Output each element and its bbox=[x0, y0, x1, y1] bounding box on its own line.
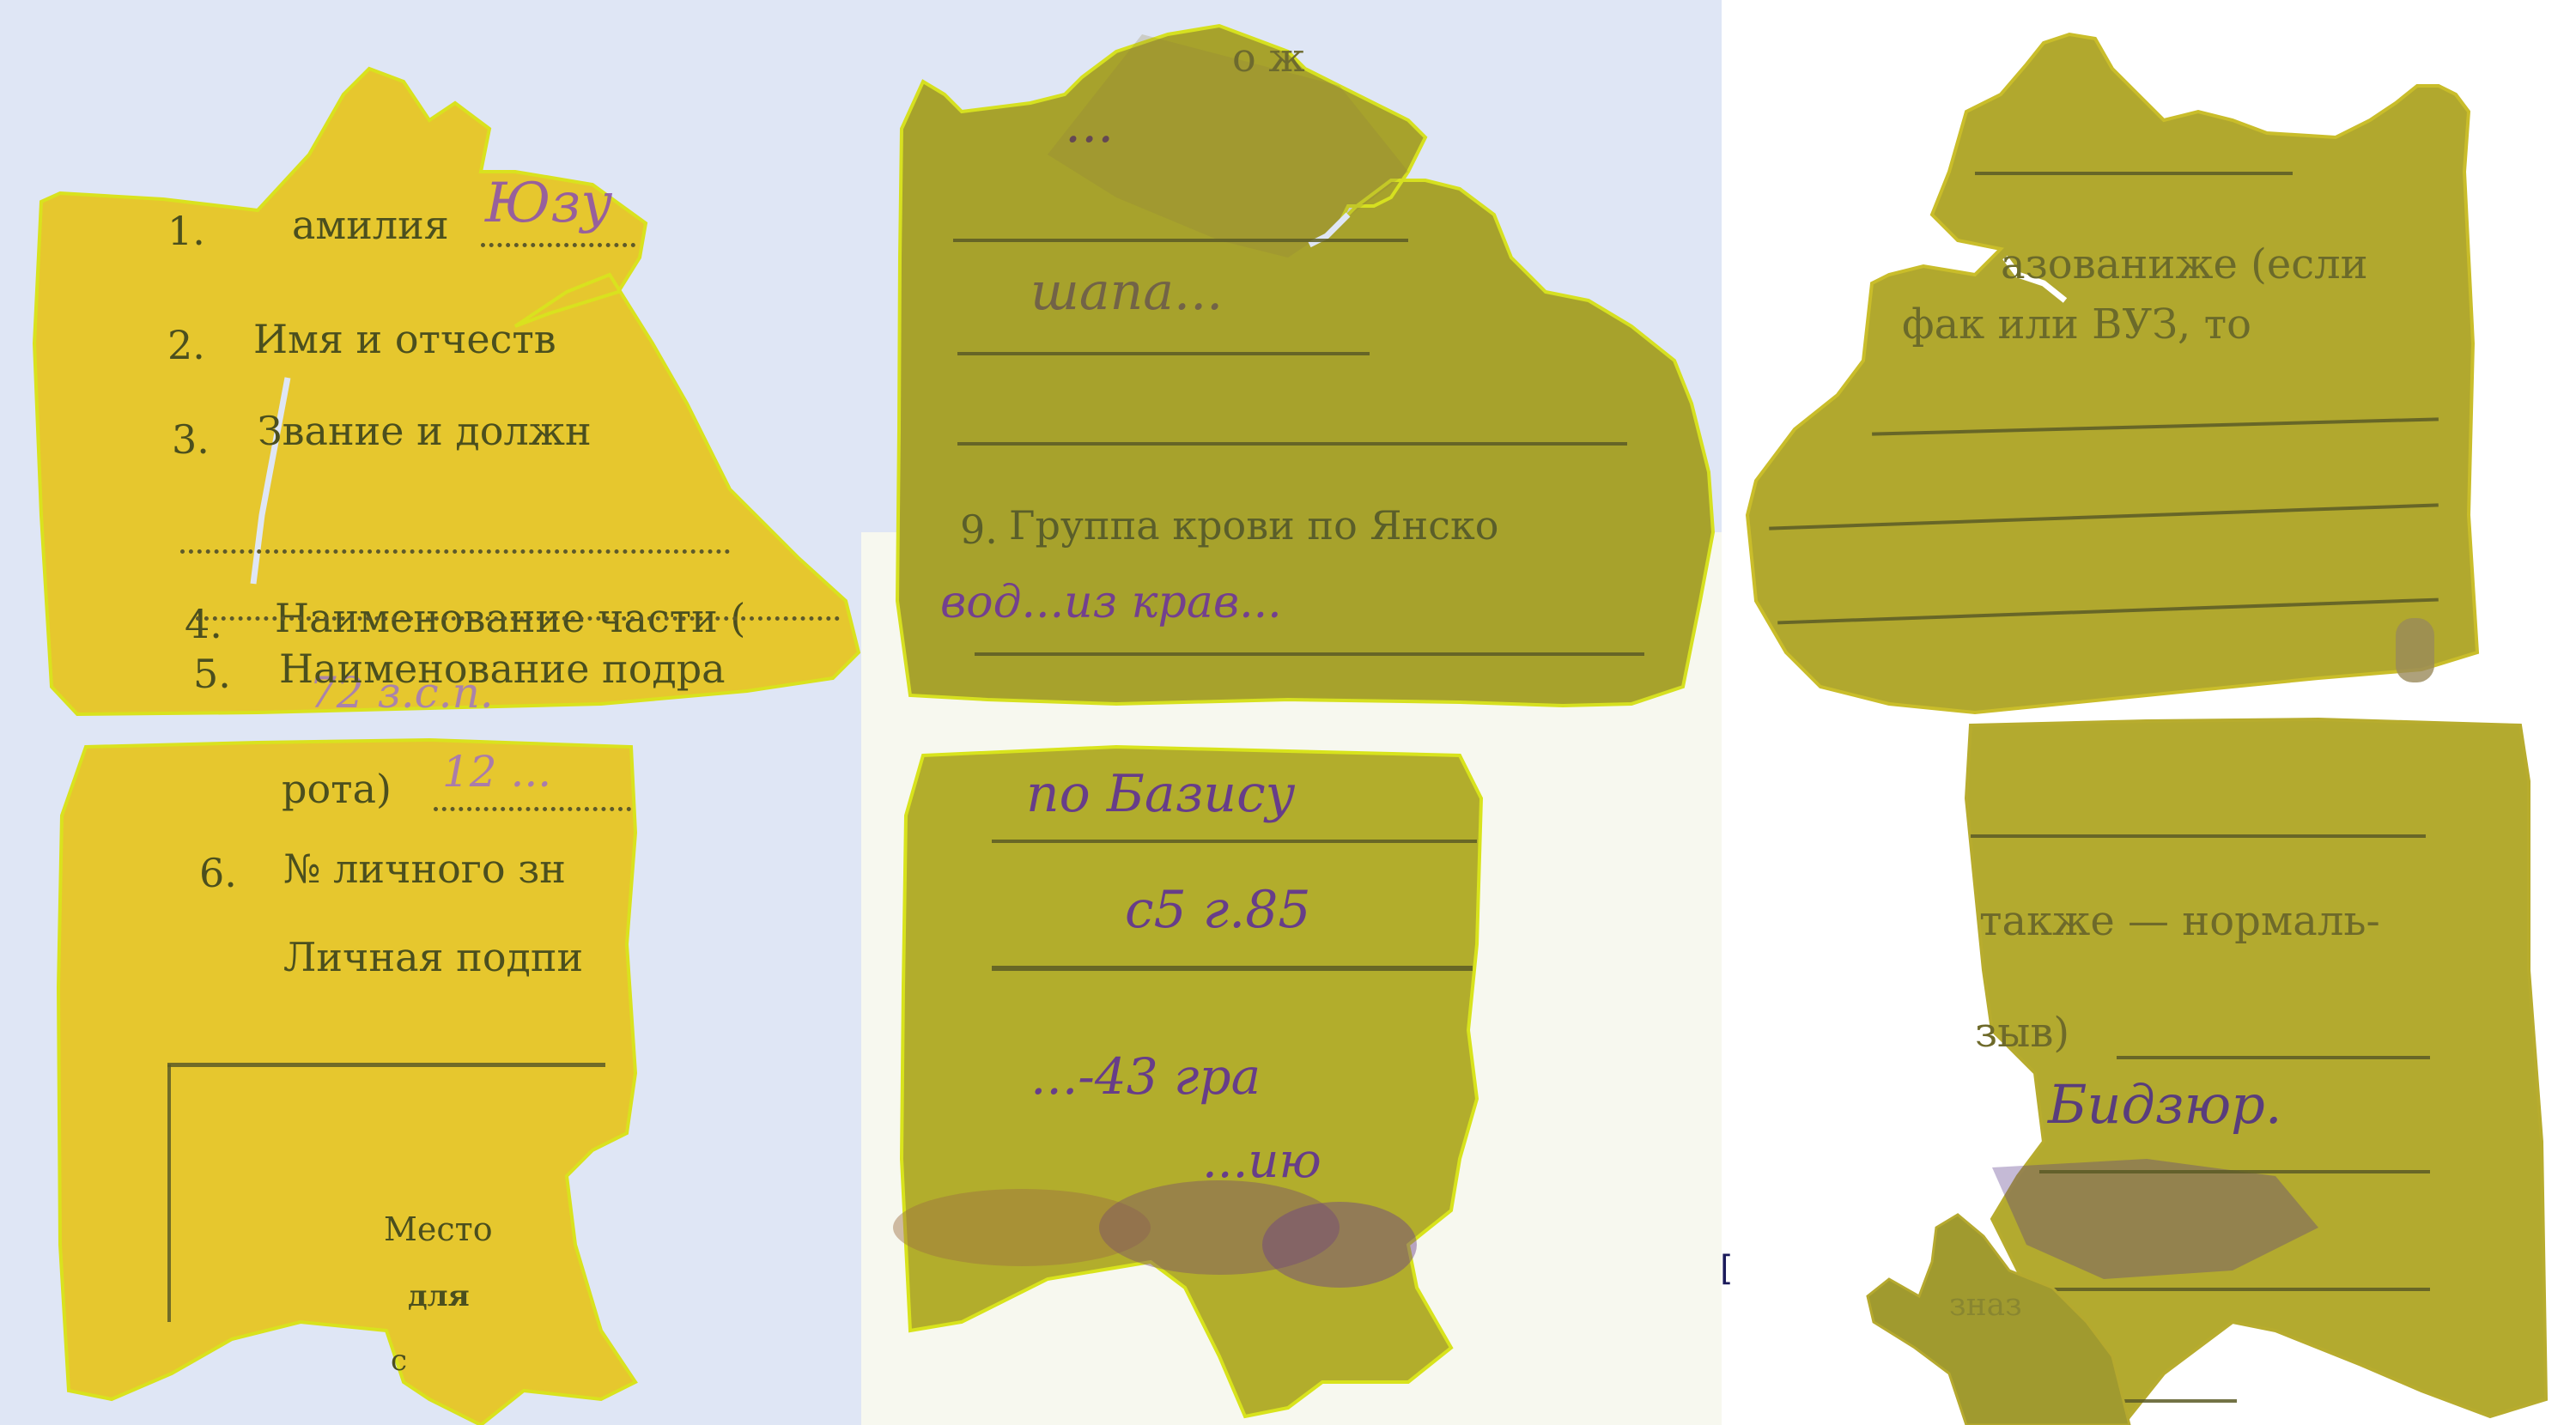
field-6-label: № личного зн bbox=[283, 846, 566, 892]
fragment-middle-bottom: по Базису с5 г.85 ...-43 гра ...ию bbox=[859, 730, 1511, 1425]
fragment-left-top-lower: 5. Наименование подра bbox=[0, 601, 867, 721]
fragment-middle-top: о ж ... шапа... 9. Группа крови по Янско… bbox=[859, 0, 1717, 738]
field-5-label: Наименование подра bbox=[279, 646, 726, 692]
field-1-handwritten-surname: Юзу bbox=[485, 172, 612, 235]
field-9-number: 9. bbox=[960, 506, 998, 553]
right-bottom-printed-line-2: зыв) bbox=[1975, 1009, 2069, 1057]
photo-box-text-line-2: для bbox=[408, 1279, 470, 1313]
field-5-number: 5. bbox=[193, 651, 231, 697]
field-4-dotted-line bbox=[196, 616, 840, 621]
right-bottom-rule-2 bbox=[2117, 1056, 2430, 1059]
field-6-number: 6. bbox=[199, 850, 237, 896]
middle-top-rule-3 bbox=[957, 442, 1627, 446]
right-top-printed-line-2: фак или ВУЗ, то bbox=[1902, 300, 2251, 349]
small-shard-printed-partial: зназ bbox=[1949, 1288, 2022, 1323]
field-3-number: 3. bbox=[172, 416, 210, 463]
middle-bottom-handwritten-line-4: ...ию bbox=[1202, 1133, 1321, 1189]
right-top-stain bbox=[2396, 618, 2434, 682]
rota-handwritten: 12 ... bbox=[442, 747, 551, 797]
photo-box-top-border bbox=[167, 1063, 605, 1067]
middle-bottom-handwritten-line-3: ...-43 гра bbox=[1030, 1047, 1261, 1106]
field-1-label: амилия bbox=[292, 202, 449, 248]
right-bottom-rule-3 bbox=[2039, 1170, 2430, 1173]
fragment-right-bottom: также — нормаль- зыв) Бидзюр. и bbox=[1717, 712, 2576, 1425]
right-top-printed-line-1: азованиже (если bbox=[2001, 240, 2368, 288]
photo-box-text-line-1: Место bbox=[384, 1210, 493, 1248]
field-2-label: Имя и отчеств bbox=[253, 316, 556, 362]
field-9-handwritten-value: вод...из крав... bbox=[940, 577, 1282, 628]
photo-box-text-line-3: с bbox=[391, 1343, 407, 1378]
middle-top-rule-2 bbox=[957, 352, 1370, 355]
right-bottom-printed-line-1: также — нормаль- bbox=[1979, 897, 2380, 945]
field-3-dotted-line bbox=[180, 549, 730, 554]
field-9-label: Группа крови по Янско bbox=[1009, 502, 1498, 549]
field-1-dotted-line bbox=[481, 243, 635, 247]
middle-bottom-rule-1 bbox=[992, 840, 1477, 843]
paper-shape bbox=[1717, 0, 2576, 738]
fragment-left-bottom: рота) 12 ... 6. № личного зн Личная подп… bbox=[0, 730, 687, 1425]
right-bottom-rule-1 bbox=[1971, 834, 2426, 838]
paper-shape bbox=[0, 730, 687, 1425]
field-3-label: Звание и должн bbox=[258, 408, 592, 454]
field-1-number: 1. bbox=[167, 208, 205, 254]
scanner-bracket-mark: [ bbox=[1720, 1249, 1734, 1289]
middle-top-printed-partial: о ж bbox=[1232, 34, 1305, 81]
middle-top-rule-4 bbox=[975, 652, 1644, 656]
paper-shape bbox=[1717, 712, 2576, 1425]
field-2-number: 2. bbox=[167, 322, 205, 368]
middle-top-rule-1 bbox=[953, 239, 1408, 242]
fragment-right-small-shard: зназ bbox=[1863, 1202, 2147, 1425]
rota-dotted-line bbox=[434, 807, 631, 811]
middle-bottom-handwritten-line-1: по Базису bbox=[1026, 764, 1295, 824]
middle-bottom-rule-2 bbox=[992, 966, 1473, 971]
middle-bottom-handwritten-line-2: с5 г.85 bbox=[1125, 880, 1311, 940]
fragment-right-top: азованиже (если фак или ВУЗ, то bbox=[1717, 0, 2576, 738]
middle-top-handwritten-line-2: шапа... bbox=[1030, 262, 1223, 322]
photo-box-left-border bbox=[167, 1064, 171, 1322]
right-top-rule-1 bbox=[1975, 172, 2293, 175]
middle-top-handwritten-line-1: ... bbox=[1065, 94, 1114, 155]
rota-label: рота) bbox=[282, 766, 392, 812]
right-bottom-handwritten-signature: Бидзюр. bbox=[2048, 1073, 2282, 1136]
personal-signature-label: Личная подпи bbox=[283, 934, 583, 980]
